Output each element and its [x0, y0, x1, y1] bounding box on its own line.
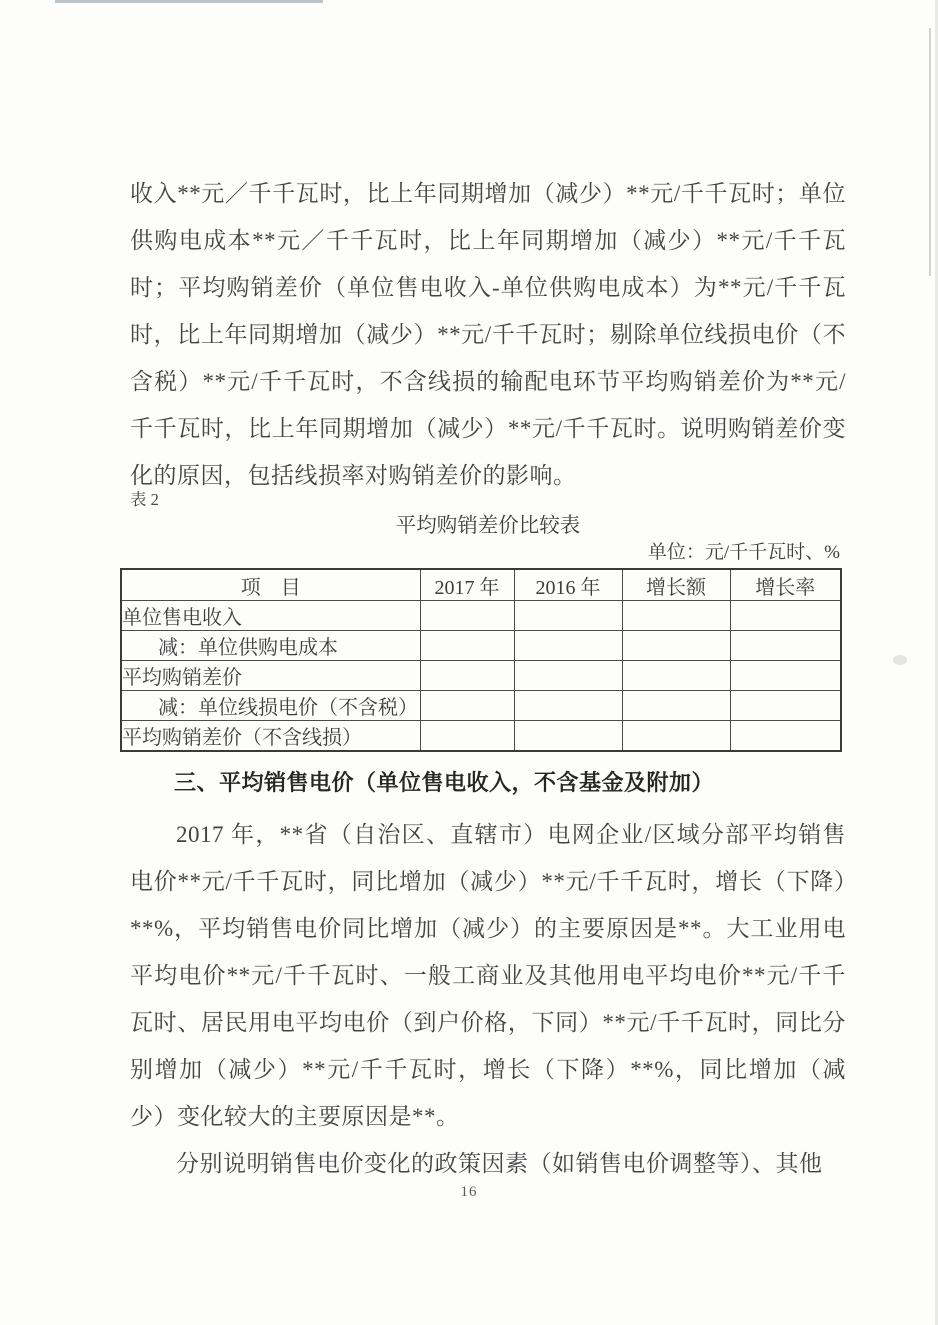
- table2-header-row: 项 目 2017 年 2016 年 增长额 增长率: [121, 569, 841, 601]
- scan-artifact-top-edge: [55, 0, 323, 3]
- table2-title: 平均购销差价比较表: [130, 513, 846, 539]
- table-row: 减：单位供购电成本: [121, 631, 841, 661]
- table-row: 单位售电收入: [121, 601, 841, 631]
- page-number: 16: [0, 1184, 938, 1201]
- table-row: 减：单位线损电价（不含税）: [121, 691, 841, 721]
- document-page: 收入**元／千千瓦时，比上年同期增加（减少）**元/千千瓦时；单位供购电成本**…: [0, 0, 938, 1325]
- table2-cell: [420, 661, 514, 691]
- table2-row-label: 减：单位供购电成本: [121, 631, 420, 661]
- table2-header-item: 项 目: [121, 569, 420, 601]
- section3-heading: 三、平均销售电价（单位售电收入，不含基金及附加）: [130, 768, 846, 798]
- table2-cell: [730, 631, 841, 661]
- table2-cell: [622, 721, 730, 752]
- table2-cell: [514, 631, 622, 661]
- table2-cell: [622, 631, 730, 661]
- paragraph-policy-factors: 分别说明销售电价变化的政策因素（如销售电价调整等）、其他: [130, 1140, 846, 1187]
- scan-artifact-smudge: [893, 655, 907, 665]
- table2-cell: [730, 601, 841, 631]
- table2-cell: [514, 661, 622, 691]
- table2-cell: [514, 691, 622, 721]
- table2-comparison-table: 项 目 2017 年 2016 年 增长额 增长率 单位售电收入 减：单位供购电…: [120, 568, 842, 752]
- table-row: 平均购销差价（不含线损）: [121, 721, 841, 752]
- table2-row-label: 平均购销差价（不含线损）: [121, 721, 420, 752]
- table-row: 平均购销差价: [121, 661, 841, 691]
- paragraph-purchase-sale-price: 收入**元／千千瓦时，比上年同期增加（减少）**元/千千瓦时；单位供购电成本**…: [130, 170, 846, 499]
- table2-row-label: 减：单位线损电价（不含税）: [121, 691, 420, 721]
- table2-header-2016: 2016 年: [514, 569, 622, 601]
- table2-cell: [420, 721, 514, 752]
- table2-unit-note: 单位：元/千千瓦时、%: [130, 541, 846, 565]
- table2-header-growth-amount: 增长额: [622, 569, 730, 601]
- scan-artifact-right-line: [929, 28, 931, 276]
- table2-cell: [622, 661, 730, 691]
- table2-cell: [420, 631, 514, 661]
- table2-header-growth-rate: 增长率: [730, 569, 841, 601]
- table2-header-2017: 2017 年: [420, 569, 514, 601]
- table2-row-label: 平均购销差价: [121, 661, 420, 691]
- page-content: 收入**元／千千瓦时，比上年同期增加（减少）**元/千千瓦时；单位供购电成本**…: [130, 170, 846, 1187]
- table2-cell: [622, 601, 730, 631]
- table2-cell: [730, 691, 841, 721]
- table2-cell: [420, 601, 514, 631]
- table2-cell: [622, 691, 730, 721]
- table2-cell: [730, 661, 841, 691]
- paragraph-average-sales-price: 2017 年，**省（自治区、直辖市）电网企业/区域分部平均销售电价**元/千千…: [130, 811, 846, 1140]
- table2-cell: [730, 721, 841, 752]
- table2-cell: [514, 601, 622, 631]
- table2-row-label: 单位售电收入: [121, 601, 420, 631]
- table2-cell: [514, 721, 622, 752]
- table2-cell: [420, 691, 514, 721]
